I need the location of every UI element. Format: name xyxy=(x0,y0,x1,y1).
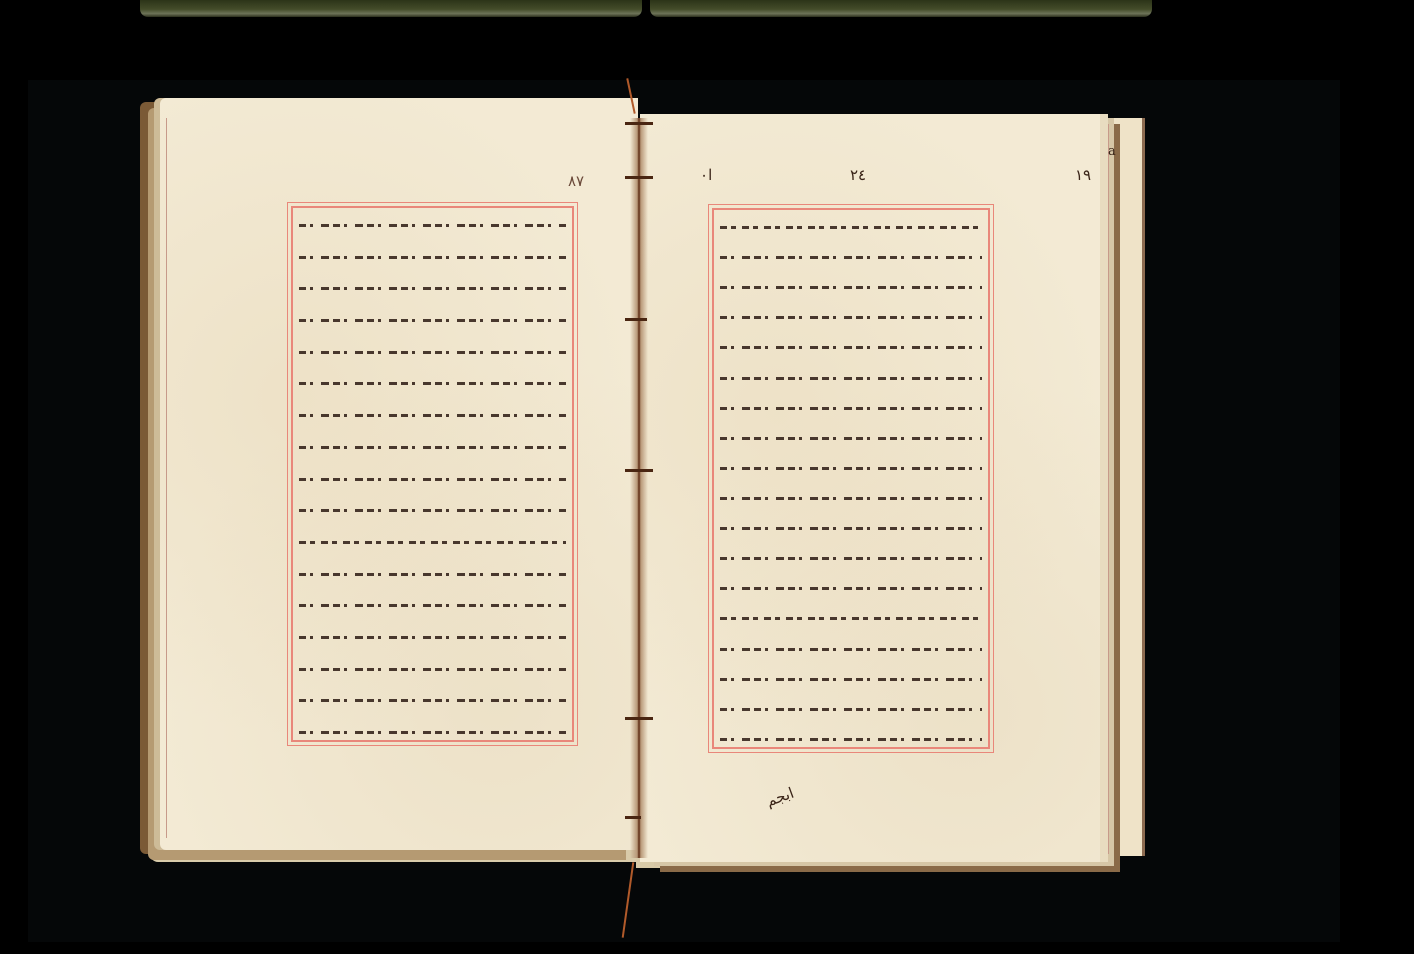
script-line xyxy=(299,351,566,354)
folio-number-center: ٢٤ xyxy=(850,166,866,184)
script-line xyxy=(299,287,566,290)
script-line xyxy=(720,738,982,741)
script-line xyxy=(720,467,982,470)
script-line xyxy=(299,382,566,385)
script-line xyxy=(720,557,982,560)
script-line xyxy=(299,256,566,259)
binding-thread-bottom xyxy=(622,862,635,938)
script-line xyxy=(720,527,982,530)
red-rubric xyxy=(407,534,459,537)
script-line xyxy=(299,509,566,512)
script-line xyxy=(720,678,982,681)
script-line xyxy=(299,573,566,576)
script-line xyxy=(299,636,566,639)
script-line xyxy=(720,346,982,349)
binding-stitch xyxy=(625,122,653,125)
script-line xyxy=(720,437,982,440)
script-line xyxy=(299,224,566,227)
right-text-frame xyxy=(712,208,990,749)
script-line xyxy=(299,604,566,607)
script-line xyxy=(299,414,566,417)
left-text-frame xyxy=(291,206,574,742)
script-line xyxy=(299,478,566,481)
script-line xyxy=(720,648,982,651)
left-corner-mark: ٨٧ xyxy=(568,172,584,190)
script-line xyxy=(720,587,982,590)
binding-stitch xyxy=(625,469,653,472)
binding-stitch xyxy=(625,816,641,819)
binding-stitch xyxy=(625,717,653,720)
script-line-with-rubric xyxy=(299,541,566,544)
binding-stitch xyxy=(625,176,653,179)
script-line xyxy=(720,286,982,289)
red-rubric xyxy=(962,219,988,222)
script-line xyxy=(720,377,982,380)
folio-number-corner: ١٩ xyxy=(1075,166,1091,184)
left-margin-rule xyxy=(166,118,167,838)
script-line xyxy=(720,256,982,259)
left-text-block xyxy=(299,214,566,734)
red-rubric xyxy=(796,610,848,613)
fore-edge-mark: a xyxy=(1108,144,1116,159)
script-line xyxy=(299,699,566,702)
script-line xyxy=(299,319,566,322)
right-marginal-mark: ا٠ xyxy=(700,166,712,184)
script-line xyxy=(299,668,566,671)
script-line xyxy=(299,446,566,449)
script-line-with-rubric xyxy=(720,226,982,229)
right-text-block xyxy=(720,216,982,741)
gutter-spine xyxy=(630,118,648,858)
manuscript-book: ٨٧ ا٠ ٢٤ ١٩ a ابجم xyxy=(0,0,1414,954)
binding-stitch xyxy=(625,318,647,321)
script-line xyxy=(720,407,982,410)
script-line xyxy=(720,497,982,500)
script-line xyxy=(720,708,982,711)
script-line-with-rubric xyxy=(720,617,982,620)
script-line xyxy=(299,731,566,734)
script-line xyxy=(720,316,982,319)
right-fore-edge-leaves xyxy=(1100,118,1145,856)
right-margin-rule xyxy=(1108,124,1109,854)
